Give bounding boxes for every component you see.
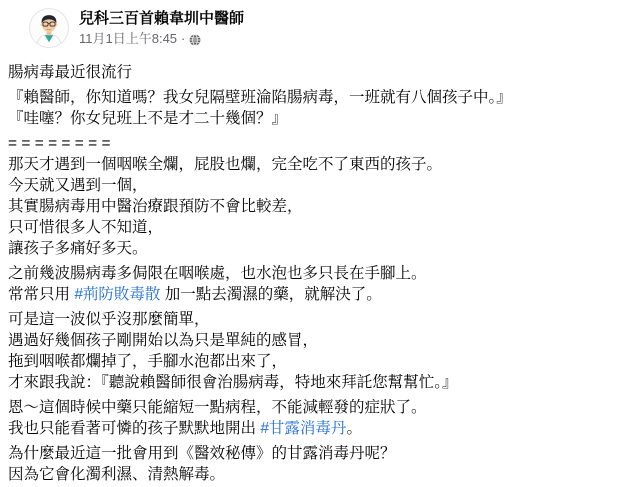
post-header: 兒科三百首賴韋圳中醫師 11月1日上午8:45 · [0, 0, 627, 48]
post-paragraph: 『賴醫師，你知道嗎？我女兒隔壁班淪陷腸病毒，一班就有八個孩子中。』『哇噻？你女兒… [8, 87, 611, 129]
text-segment: 常常只用 [8, 286, 74, 303]
post-line: 為什麼最近這一批會用到《醫效秘傳》的甘露消毒丹呢？ [8, 443, 611, 464]
post-line: 拖到咽喉都爛掉了，手腳水泡都出來了， [8, 351, 611, 372]
post-line: 可是這一波似乎沒那麼簡單， [8, 309, 611, 330]
post-body: 腸病毒最近很流行『賴醫師，你知道嗎？我女兒隔壁班淪陷腸病毒，一班就有八個孩子中。… [0, 48, 627, 485]
doctor-avatar-illustration [30, 9, 68, 47]
post-line: 才來跟我說：『聽說賴醫師很會治腸病毒，特地來拜託您幫幫忙。』 [8, 372, 611, 393]
text-segment: 因為它會化濁利濕、清熱解毒。 [8, 466, 225, 483]
post-line: 之前幾波腸病毒多侷限在咽喉處，也水泡也多只長在手腳上。 [8, 263, 611, 284]
post-meta-row: 11月1日上午8:45 · [79, 30, 244, 47]
text-segment: = = = = = = = = [8, 135, 111, 152]
globe-privacy-icon [189, 33, 201, 45]
text-segment: 『哇噻？你女兒班上不是才二十幾個？』 [8, 110, 287, 127]
text-segment: 今天就又遇到一個， [8, 177, 148, 194]
text-segment: 『賴醫師，你知道嗎？我女兒隔壁班淪陷腸病毒，一班就有八個孩子中。』 [8, 89, 512, 106]
post-paragraph: = = = = = = = =那天才遇到一個咽喉全爛，屁股也爛，完全吃不了東西的… [8, 133, 611, 259]
post-line: 只可惜很多人不知道， [8, 217, 611, 238]
text-segment: 其實腸病毒用中醫治療跟預防不會比較差， [8, 198, 303, 215]
post-timestamp[interactable]: 11月1日上午8:45 [79, 30, 177, 47]
post-line: 因為它會化濁利濕、清熱解毒。 [8, 464, 611, 485]
post-line: 那天才遇到一個咽喉全爛，屁股也爛，完全吃不了東西的孩子。 [8, 154, 611, 175]
post-paragraph: 可是這一波似乎沒那麼簡單，遇過好幾個孩子剛開始以為只是單純的感冒，拖到咽喉都爛掉… [8, 309, 611, 393]
text-segment: 遇過好幾個孩子剛開始以為只是單純的感冒， [8, 332, 318, 349]
text-segment: 之前幾波腸病毒多侷限在咽喉處，也水泡也多只長在手腳上。 [8, 265, 427, 282]
text-segment: 加一點去濁濕的藥，就解決了。 [160, 286, 381, 303]
post-line: 常常只用 #荊防敗毒散 加一點去濁濕的藥，就解決了。 [8, 284, 611, 305]
post-paragraph: 恩～這個時候中藥只能縮短一點病程，不能減輕發的症狀了。我也只能看著可憐的孩子默默… [8, 397, 611, 439]
header-info: 兒科三百首賴韋圳中醫師 11月1日上午8:45 · [79, 8, 244, 47]
text-segment: 我也只能看著可憐的孩子默默地開出 [8, 420, 260, 437]
post-line: 其實腸病毒用中醫治療跟預防不會比較差， [8, 196, 611, 217]
text-segment: 可是這一波似乎沒那麼簡單， [8, 311, 210, 328]
text-segment: 為什麼最近這一批會用到《醫效秘傳》的甘露消毒丹呢？ [8, 445, 396, 462]
post-paragraph: 為什麼最近這一批會用到《醫效秘傳》的甘露消毒丹呢？因為它會化濁利濕、清熱解毒。 [8, 443, 611, 485]
post-line: 遇過好幾個孩子剛開始以為只是單純的感冒， [8, 330, 611, 351]
post-paragraph: 腸病毒最近很流行 [8, 62, 611, 83]
post-line: 腸病毒最近很流行 [8, 62, 611, 83]
post-paragraph: 之前幾波腸病毒多侷限在咽喉處，也水泡也多只長在手腳上。常常只用 #荊防敗毒散 加… [8, 263, 611, 305]
avatar[interactable] [29, 8, 69, 48]
facebook-post: 兒科三百首賴韋圳中醫師 11月1日上午8:45 · [0, 0, 627, 487]
post-line: 讓孩子多痛好多天。 [8, 238, 611, 259]
post-line: 恩～這個時候中藥只能縮短一點病程，不能減輕發的症狀了。 [8, 397, 611, 418]
text-segment: 。 [346, 420, 362, 437]
post-line: 『賴醫師，你知道嗎？我女兒隔壁班淪陷腸病毒，一班就有八個孩子中。』 [8, 87, 611, 108]
post-line: 今天就又遇到一個， [8, 175, 611, 196]
text-segment: 腸病毒最近很流行 [8, 64, 132, 81]
page-name-link[interactable]: 兒科三百首賴韋圳中醫師 [79, 9, 244, 29]
text-segment: 拖到咽喉都爛掉了，手腳水泡都出來了， [8, 353, 287, 370]
hashtag-link[interactable]: #甘露消毒丹 [260, 420, 346, 437]
text-segment: 恩～這個時候中藥只能縮短一點病程，不能減輕發的症狀了。 [8, 399, 427, 416]
post-line: 我也只能看著可憐的孩子默默地開出 #甘露消毒丹。 [8, 418, 611, 439]
text-segment: 只可惜很多人不知道， [8, 219, 163, 236]
text-segment: 那天才遇到一個咽喉全爛，屁股也爛，完全吃不了東西的孩子。 [8, 156, 442, 173]
text-segment: 才來跟我說：『聽說賴醫師很會治腸病毒，特地來拜託您幫幫忙。』 [8, 374, 458, 391]
post-line: = = = = = = = = [8, 133, 611, 154]
hashtag-link[interactable]: #荊防敗毒散 [74, 286, 160, 303]
meta-separator: · [181, 30, 185, 47]
post-line: 『哇噻？你女兒班上不是才二十幾個？』 [8, 108, 611, 129]
text-segment: 讓孩子多痛好多天。 [8, 240, 148, 257]
